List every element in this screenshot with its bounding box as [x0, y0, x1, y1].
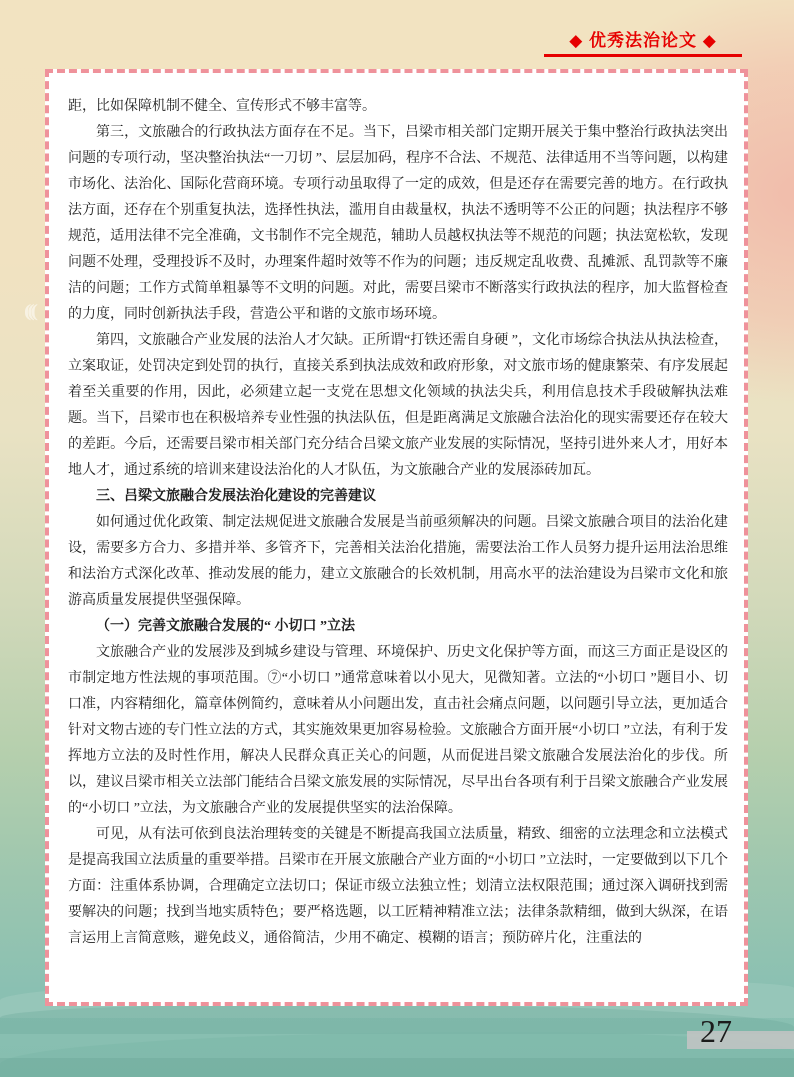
article-frame: 距，比如保障机制不健全、宣传形式不够丰富等。第三，文旅融合的行政执法方面存在不足… [45, 69, 748, 1006]
magazine-page: { "colors": { "accent_red": "#e60000", "… [0, 0, 794, 1077]
paragraph: 距，比如保障机制不健全、宣传形式不够丰富等。 [68, 94, 728, 120]
paragraph: 第四，文旅融合产业发展的法治人才欠缺。正所谓“打铁还需自身硬 ”，文化市场综合执… [68, 328, 728, 484]
paragraph: 文旅融合产业的发展涉及到城乡建设与管理、环境保护、历史文化保护等方面，而这三方面… [68, 640, 728, 822]
column-title-underline [544, 54, 742, 57]
article-text: 距，比如保障机制不健全、宣传形式不够丰富等。第三，文旅融合的行政执法方面存在不足… [68, 94, 728, 952]
arc-watermark: ((( [24, 301, 34, 322]
section-heading: （一）完善文旅融合发展的“ 小切口 ”立法 [68, 614, 728, 640]
section-heading: 三、吕梁文旅融合发展法治化建设的完善建议 [68, 484, 728, 510]
paragraph: 如何通过优化政策、制定法规促进文旅融合发展是当前亟须解决的问题。吕梁文旅融合项目… [68, 510, 728, 614]
paragraph: 第三，文旅融合的行政执法方面存在不足。当下，吕梁市相关部门定期开展关于集中整治行… [68, 120, 728, 328]
column-header: ◆ 优秀法治论文 ◆ [544, 31, 742, 57]
watercolor-wave [0, 1058, 794, 1077]
page-number: 27 [700, 1015, 732, 1047]
paragraph: 可见，从有法可依到良法治理转变的关键是不断提高我国立法质量，精致、细密的立法理念… [68, 822, 728, 952]
column-title: ◆ 优秀法治论文 ◆ [544, 31, 742, 51]
